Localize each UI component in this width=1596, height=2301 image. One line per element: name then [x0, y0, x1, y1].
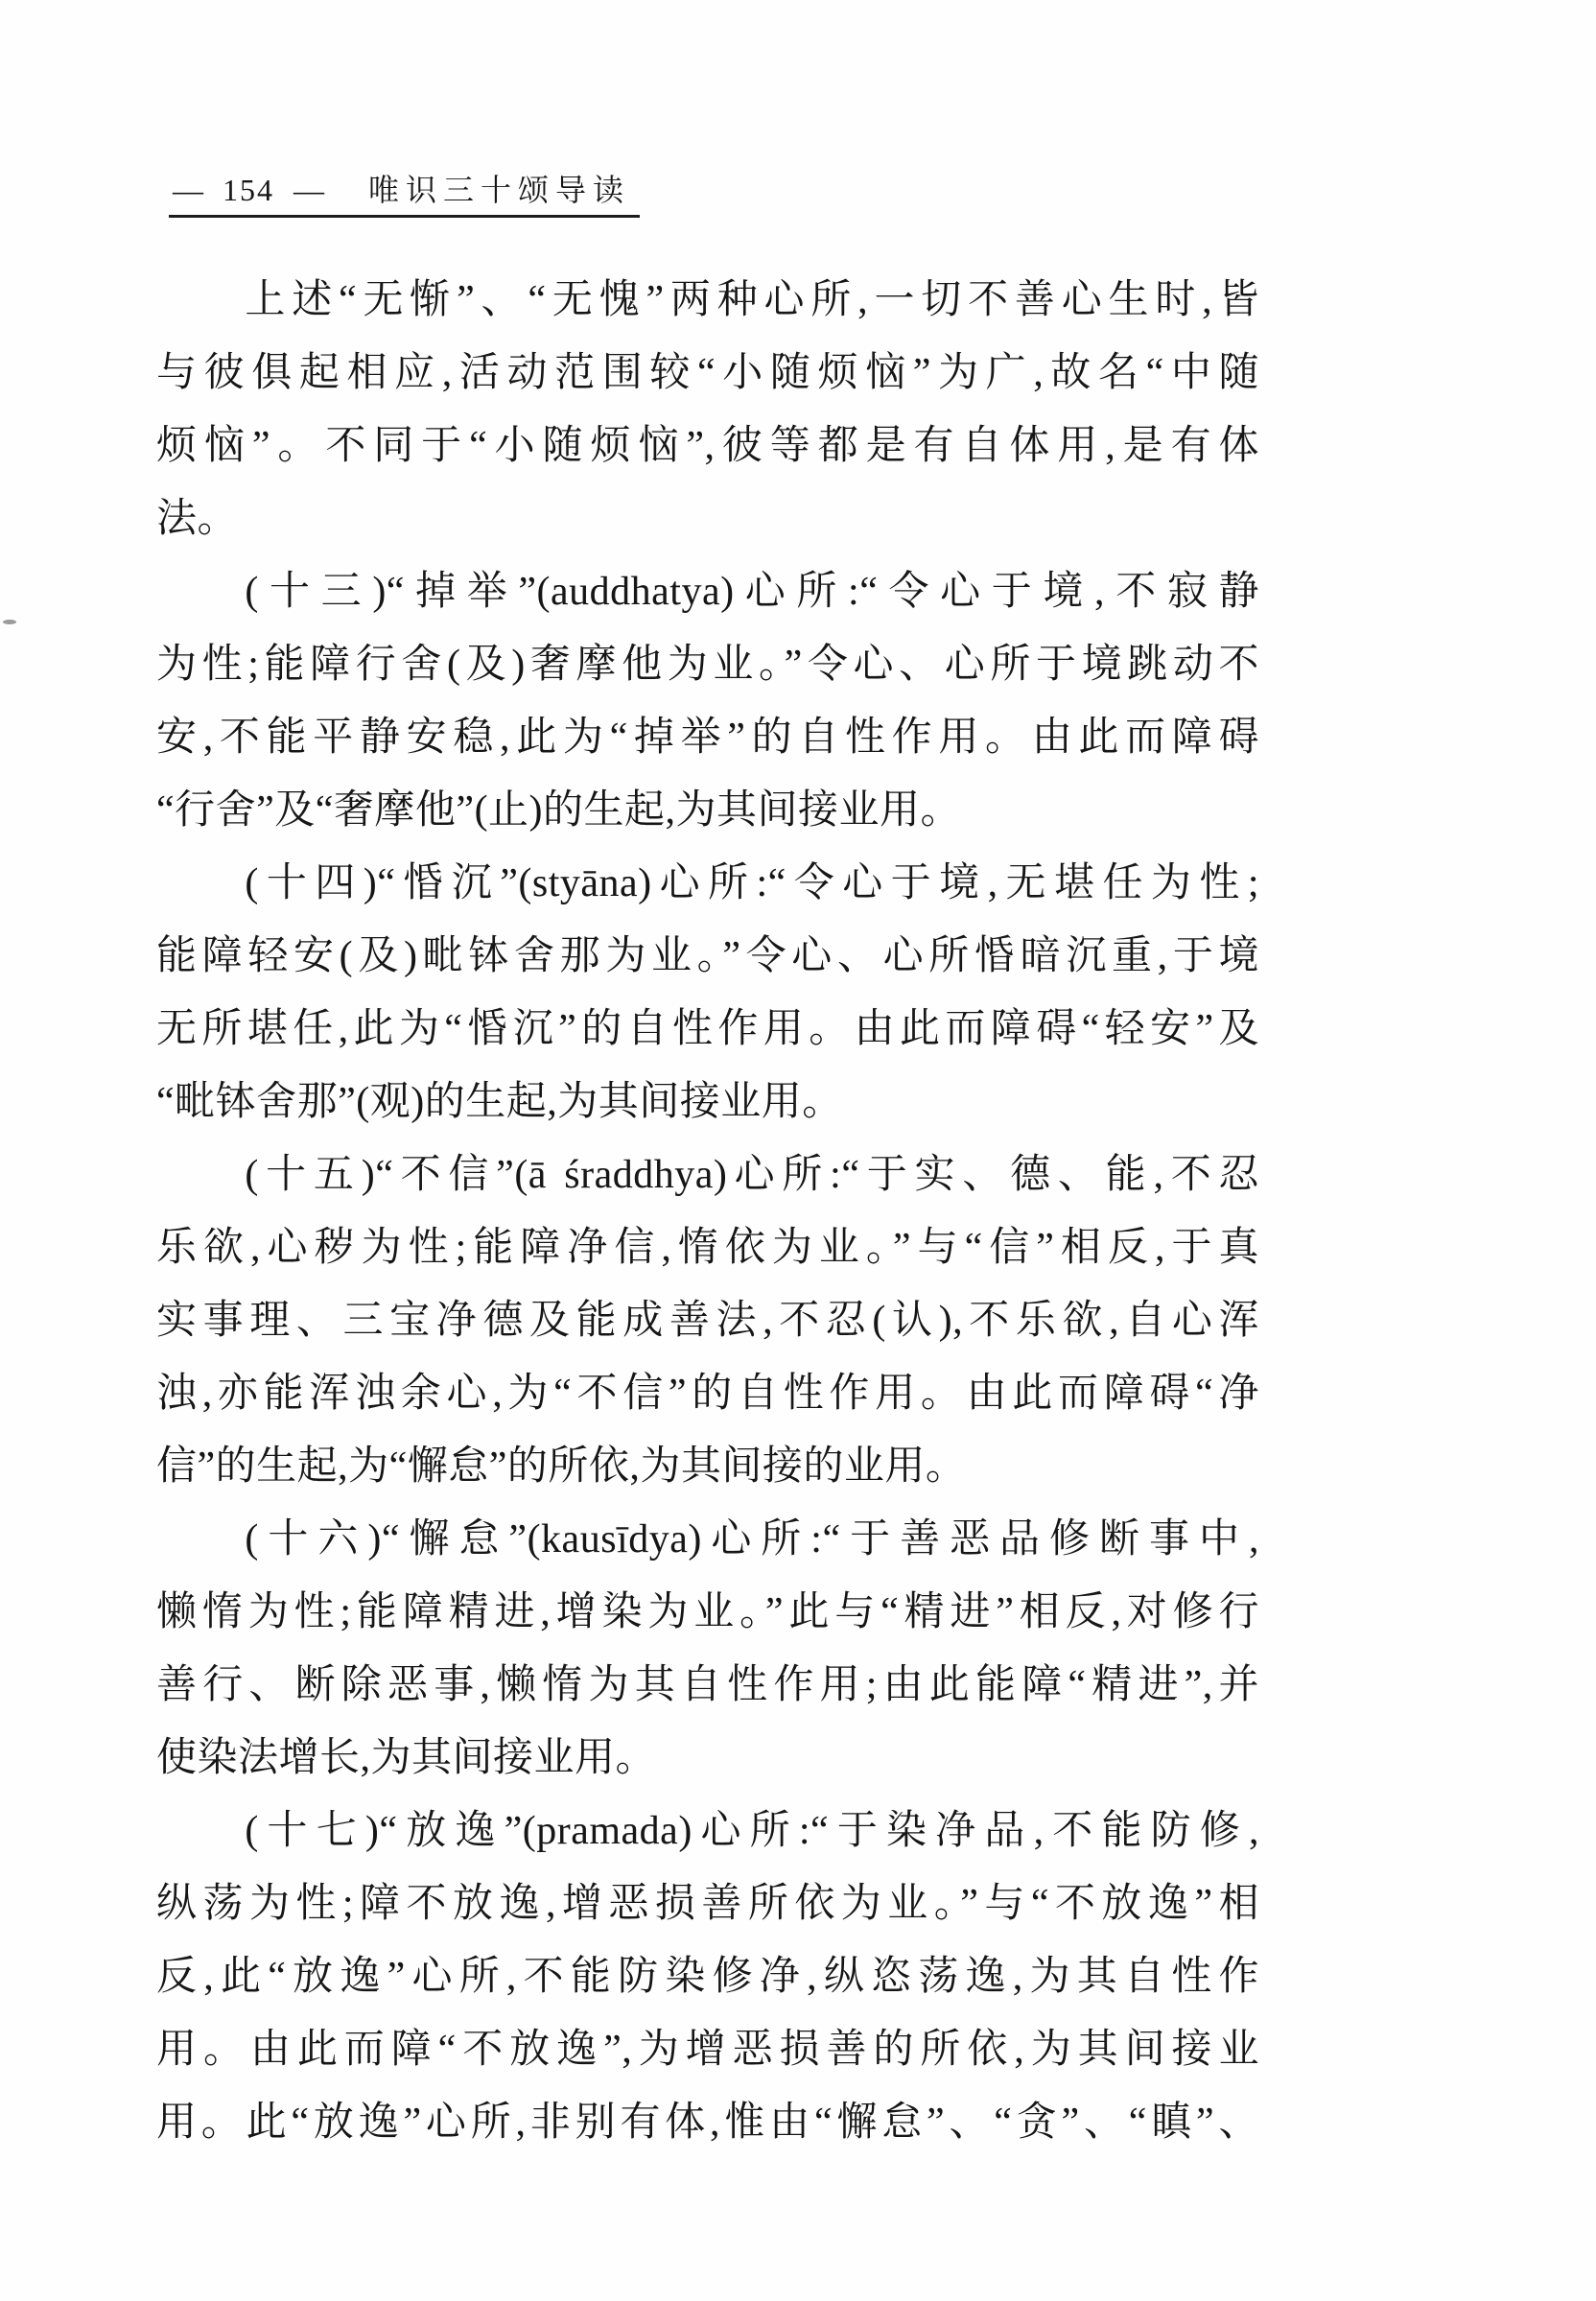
text-line: 用。此“放逸”心所,非别有体,惟由“懈怠”、“贪”、“瞋”、: [156, 2086, 1259, 2159]
text-line: 无所堪任,此为“惛沉”的自性作用。由此而障碍“轻安”及: [156, 993, 1259, 1066]
scan-artifact-dot: [3, 620, 16, 624]
text-line: 纵荡为性;障不放逸,增恶损善所依为业。”与“不放逸”相: [156, 1867, 1259, 1940]
text-line: 浊,亦能浑浊余心,为“不信”的自性作用。由此而障碍“净: [156, 1357, 1259, 1430]
text-line: 使染法增长,为其间接业用。: [156, 1722, 1259, 1795]
text-line: 乐欲,心秽为性;能障净信,惰依为业。”与“信”相反,于真: [156, 1211, 1259, 1284]
text-line: 信”的生起,为“懈怠”的所依,为其间接的业用。: [156, 1430, 1259, 1503]
header-right-dash: —: [293, 171, 324, 209]
book-title: 唯识三十颂导读: [368, 171, 630, 209]
text-line: 安,不能平静安稳,此为“掉举”的自性作用。由此而障碍: [156, 701, 1259, 774]
header-left-dash: —: [173, 171, 203, 209]
text-line: 能障轻安(及)毗钵舍那为业。”令心、心所惛暗沉重,于境: [156, 920, 1259, 993]
text-line: 实事理、三宝净德及能成善法,不忍(认),不乐欲,自心浑: [156, 1284, 1259, 1357]
text-line: 烦恼”。不同于“小随烦恼”,彼等都是有自体用,是有体: [156, 410, 1259, 482]
paragraph: (十五)“不信”(ā śraddhya)心所:“于实、德、能,不忍乐欲,心秽为性…: [156, 1139, 1259, 1503]
paragraph: 上述“无惭”、“无愧”两种心所,一切不善心生时,皆与彼俱起相应,活动范围较“小随…: [156, 264, 1259, 555]
paragraph: (十六)“懈怠”(kausīdya)心所:“于善恶品修断事中,懒惰为性;能障精进…: [156, 1503, 1259, 1795]
text-line: “毗钵舍那”(观)的生起,为其间接业用。: [156, 1066, 1259, 1139]
text-line: 上述“无惭”、“无愧”两种心所,一切不善心生时,皆: [156, 264, 1259, 337]
text-line: 懒惰为性;能障精进,增染为业。”此与“精进”相反,对修行: [156, 1576, 1259, 1649]
text-line: 善行、断除恶事,懒惰为其自性作用;由此能障“精进”,并: [156, 1649, 1259, 1722]
text-line: 用。由此而障“不放逸”,为增恶损善的所依,为其间接业: [156, 2013, 1259, 2086]
page-body: 上述“无惭”、“无愧”两种心所,一切不善心生时,皆与彼俱起相应,活动范围较“小随…: [156, 264, 1259, 2159]
text-line: 与彼俱起相应,活动范围较“小随烦恼”为广,故名“中随: [156, 337, 1259, 410]
paragraph: (十七)“放逸”(pramada)心所:“于染净品,不能防修,纵荡为性;障不放逸…: [156, 1795, 1259, 2159]
text-line: (十四)“惛沉”(styāna)心所:“令心于境,无堪任为性;: [156, 847, 1259, 920]
paragraph: (十四)“惛沉”(styāna)心所:“令心于境,无堪任为性;能障轻安(及)毗钵…: [156, 847, 1259, 1139]
page-number: 154: [223, 171, 274, 209]
text-line: (十七)“放逸”(pramada)心所:“于染净品,不能防修,: [156, 1795, 1259, 1867]
text-line: “行舍”及“奢摩他”(止)的生起,为其间接业用。: [156, 774, 1259, 847]
text-line: 为性;能障行舍(及)奢摩他为业。”令心、心所于境跳动不: [156, 628, 1259, 701]
text-line: (十三)“掉举”(auddhatya)心所:“令心于境,不寂静: [156, 555, 1259, 628]
scanned-book-page: — 154 — 唯识三十颂导读 上述“无惭”、“无愧”两种心所,一切不善心生时,…: [0, 0, 1596, 2301]
text-line: 反,此“放逸”心所,不能防染修净,纵恣荡逸,为其自性作: [156, 1940, 1259, 2013]
text-line: (十六)“懈怠”(kausīdya)心所:“于善恶品修断事中,: [156, 1503, 1259, 1576]
paragraph: (十三)“掉举”(auddhatya)心所:“令心于境,不寂静为性;能障行舍(及…: [156, 555, 1259, 847]
text-line: (十五)“不信”(ā śraddhya)心所:“于实、德、能,不忍: [156, 1139, 1259, 1211]
text-line: 法。: [156, 482, 1259, 555]
running-head: — 154 — 唯识三十颂导读: [169, 171, 640, 218]
